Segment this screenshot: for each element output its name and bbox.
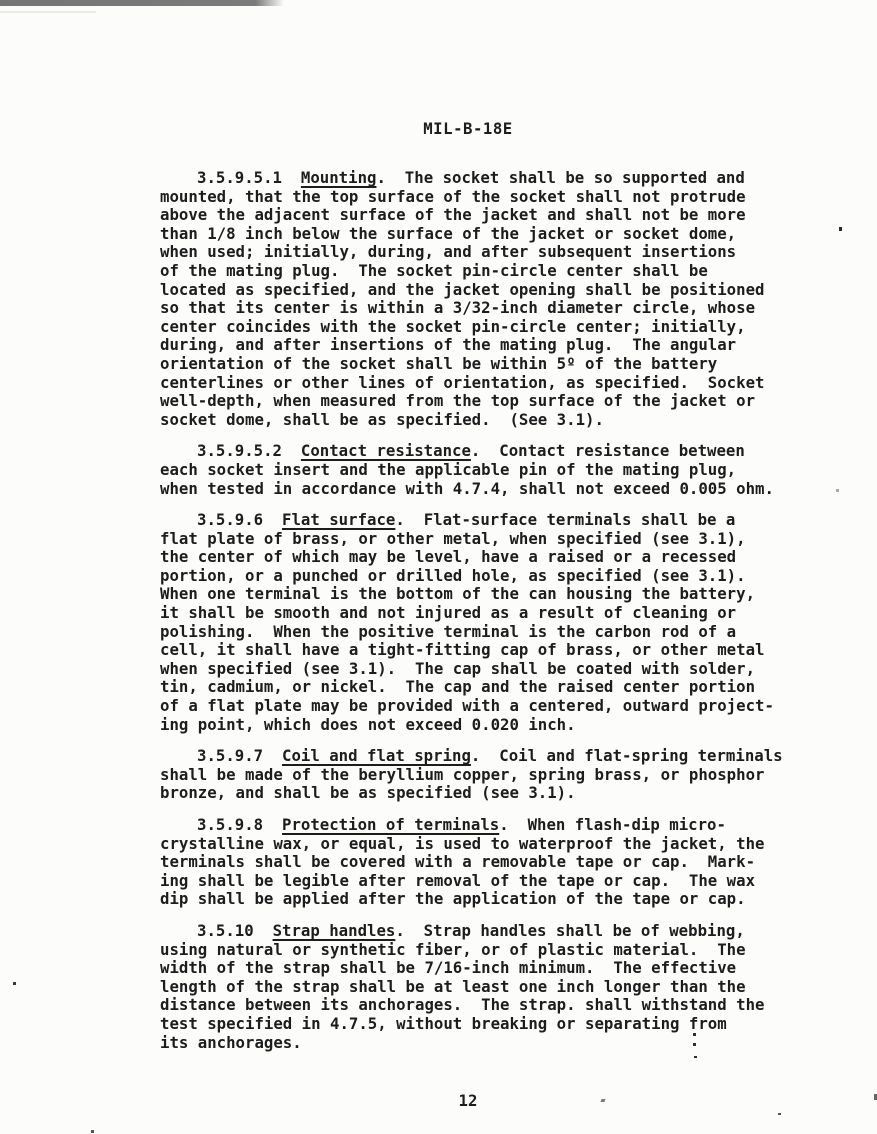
scan-artifact bbox=[0, 11, 96, 13]
text-line: above the adjacent surface of the jacket… bbox=[160, 206, 776, 225]
text-line: mounted, that the top surface of the soc… bbox=[160, 188, 776, 207]
text-line: when used; initially, during, and after … bbox=[160, 243, 776, 262]
text-line: centerlines or other lines of orientatio… bbox=[160, 374, 776, 393]
text-line: of the mating plug. The socket pin-circl… bbox=[160, 262, 776, 281]
scan-artifact bbox=[694, 1056, 697, 1058]
paragraph-3.5.9.6: 3.5.9.6 Flat surface. Flat-surface termi… bbox=[160, 511, 776, 734]
text-line: terminals shall be covered with a remova… bbox=[160, 853, 776, 872]
text-line: ing point, which does not exceed 0.020 i… bbox=[160, 716, 776, 735]
text-line: polishing. When the positive terminal is… bbox=[160, 623, 776, 642]
text-line: well-depth, when measured from the top s… bbox=[160, 392, 776, 411]
text-line: ing shall be legible after removal of th… bbox=[160, 872, 776, 891]
paragraph-first-line: 3.5.9.8 Protection of terminals. When fl… bbox=[160, 816, 776, 835]
paragraph-3.5.10: 3.5.10 Strap handles. Strap handles shal… bbox=[160, 922, 776, 1052]
paragraph-number: 3.5.9.5.2 bbox=[197, 441, 301, 460]
paragraph-number: 3.5.10 bbox=[197, 921, 273, 940]
text-line: distance between its anchorages. The str… bbox=[160, 996, 776, 1015]
paragraph-first-line: 3.5.9.5.2 Contact resistance. Contact re… bbox=[160, 442, 776, 461]
paragraph-title: Mounting bbox=[301, 168, 377, 187]
document-body: 3.5.9.5.1 Mounting. The socket shall be … bbox=[160, 169, 776, 1052]
text-line: When one terminal is the bottom of the c… bbox=[160, 585, 776, 604]
text-line: test specified in 4.7.5, without breakin… bbox=[160, 1015, 776, 1034]
scan-artifact-top-bar bbox=[0, 0, 284, 6]
text-line: portion, or a punched or drilled hole, a… bbox=[160, 567, 776, 586]
paragraph-title: Protection of terminals bbox=[282, 815, 499, 834]
paragraph-first-line: 3.5.9.5.1 Mounting. The socket shall be … bbox=[160, 169, 776, 188]
text-line: it shall be smooth and not injured as a … bbox=[160, 604, 776, 623]
paragraph-3.5.9.5.2: 3.5.9.5.2 Contact resistance. Contact re… bbox=[160, 442, 776, 498]
paragraph-3.5.9.5.1: 3.5.9.5.1 Mounting. The socket shall be … bbox=[160, 169, 776, 429]
paragraph-number: 3.5.9.7 bbox=[197, 746, 282, 765]
text-line: located as specified, and the jacket ope… bbox=[160, 281, 776, 300]
text-line: using natural or synthetic fiber, or of … bbox=[160, 941, 776, 960]
scan-artifact bbox=[91, 1130, 94, 1133]
page-number: 12 bbox=[160, 1091, 776, 1110]
text-line: length of the strap shall be at least on… bbox=[160, 978, 776, 997]
text-line: bronze, and shall be as specified (see 3… bbox=[160, 784, 776, 803]
scan-artifact bbox=[839, 227, 842, 231]
text-line: when tested in accordance with 4.7.4, sh… bbox=[160, 480, 776, 499]
scan-artifact bbox=[778, 1113, 781, 1115]
text-line: each socket insert and the applicable pi… bbox=[160, 461, 776, 480]
paragraph-first-line-text: . Coil and flat-spring terminals bbox=[471, 746, 783, 765]
text-line: socket dome, shall be as specified. (See… bbox=[160, 411, 776, 430]
text-line: than 1/8 inch below the surface of the j… bbox=[160, 225, 776, 244]
text-line: dip shall be applied after the applicati… bbox=[160, 890, 776, 909]
text-line: during, and after insertions of the mati… bbox=[160, 336, 776, 355]
text-line: of a flat plate may be provided with a c… bbox=[160, 697, 776, 716]
document-content: MIL-B-18E 3.5.9.5.1 Mounting. The socket… bbox=[160, 119, 776, 1052]
text-line: crystalline wax, or equal, is used to wa… bbox=[160, 835, 776, 854]
text-line: orientation of the socket shall be withi… bbox=[160, 355, 776, 374]
paragraph-title: Contact resistance bbox=[301, 441, 471, 460]
text-line: tin, cadmium, or nickel. The cap and the… bbox=[160, 678, 776, 697]
text-line: center coincides with the socket pin-cir… bbox=[160, 318, 776, 337]
paragraph-3.5.9.7: 3.5.9.7 Coil and flat spring. Coil and f… bbox=[160, 747, 776, 803]
paragraph-first-line-text: . When flash-dip micro- bbox=[499, 815, 726, 834]
paragraph-number: 3.5.9.5.1 bbox=[197, 168, 301, 187]
text-line: when specified (see 3.1). The cap shall … bbox=[160, 660, 776, 679]
text-line: cell, it shall have a tight-fitting cap … bbox=[160, 641, 776, 660]
document-page: MIL-B-18E 3.5.9.5.1 Mounting. The socket… bbox=[0, 0, 877, 1134]
paragraph-first-line-text: . The socket shall be so supported and bbox=[376, 168, 744, 187]
paragraph-number: 3.5.9.8 bbox=[197, 815, 282, 834]
text-line: so that its center is within a 3/32-inch… bbox=[160, 299, 776, 318]
scan-artifact bbox=[13, 982, 16, 985]
text-line: its anchorages. bbox=[160, 1034, 776, 1053]
paragraph-first-line-text: . Contact resistance between bbox=[471, 441, 745, 460]
paragraph-first-line: 3.5.10 Strap handles. Strap handles shal… bbox=[160, 922, 776, 941]
document-header: MIL-B-18E bbox=[160, 119, 776, 138]
scan-artifact bbox=[836, 489, 839, 492]
paragraph-first-line-text: . Strap handles shall be of webbing, bbox=[395, 921, 744, 940]
text-line: the center of which may be level, have a… bbox=[160, 548, 776, 567]
text-line: width of the strap shall be 7/16-inch mi… bbox=[160, 959, 776, 978]
paragraph-number: 3.5.9.6 bbox=[197, 510, 282, 529]
paragraph-first-line: 3.5.9.7 Coil and flat spring. Coil and f… bbox=[160, 747, 776, 766]
paragraph-title: Strap handles bbox=[273, 921, 396, 940]
text-line: shall be made of the beryllium copper, s… bbox=[160, 766, 776, 785]
paragraph-first-line-text: . Flat-surface terminals shall be a bbox=[395, 510, 735, 529]
paragraph-title: Flat surface bbox=[282, 510, 395, 529]
text-line: flat plate of brass, or other metal, whe… bbox=[160, 530, 776, 549]
paragraph-first-line: 3.5.9.6 Flat surface. Flat-surface termi… bbox=[160, 511, 776, 530]
paragraph-title: Coil and flat spring bbox=[282, 746, 471, 765]
paragraph-3.5.9.8: 3.5.9.8 Protection of terminals. When fl… bbox=[160, 816, 776, 909]
